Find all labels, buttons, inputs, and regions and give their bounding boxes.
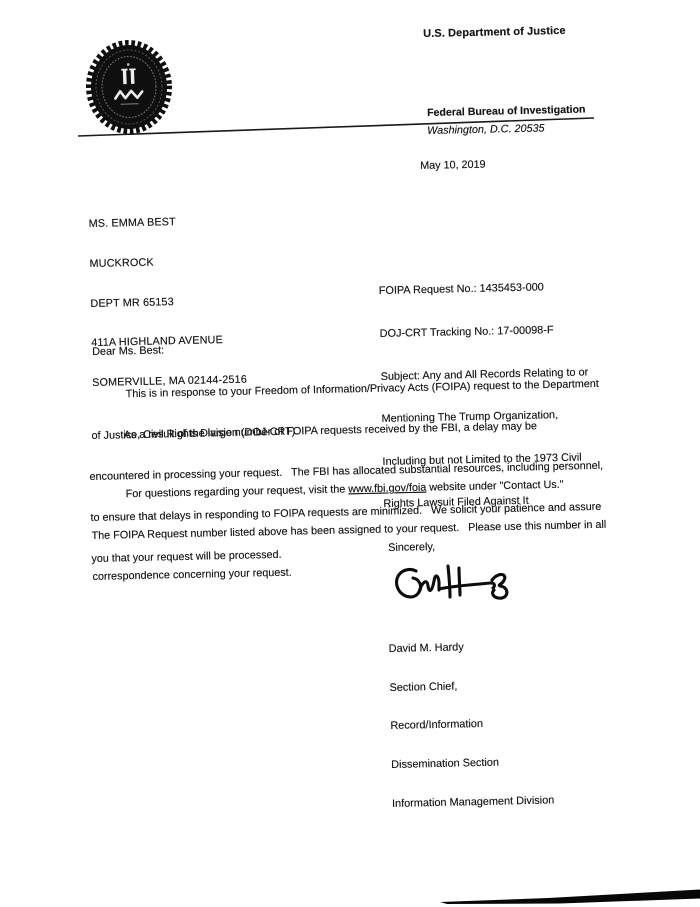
paragraph-line: As a result of the large number of FOIPA… [89,419,603,444]
fbi-foia-url: www.fbi.gov/foia [348,482,426,496]
paragraph-line: correspondence concerning your request. [92,559,607,584]
signer-title-line: Section Chief, [389,678,551,694]
paragraph-line: The FOIPA Request number listed above ha… [91,519,606,544]
fbi-seal-icon [84,38,174,136]
signer-title-line: Information Management Division [392,794,554,810]
recipient-line: DEPT MR 65153 [90,294,245,311]
scan-edge-artifact-icon [440,890,700,905]
signer-title-line: Dissemination Section [391,755,553,771]
bureau-name: Federal Bureau of Investigation [427,104,586,119]
handwritten-signature-icon [382,556,517,614]
closing-sincerely: Sincerely, [388,541,435,554]
paragraph-line: For questions regarding your request, vi… [91,478,606,503]
recipient-line: MS. EMMA BEST [89,215,244,232]
signer-title-line: Record/Information [390,717,552,733]
signature-block: David M. Hardy Section Chief, Record/Inf… [388,613,555,836]
doj-header: U.S. Department of Justice [423,25,566,40]
letter-page: U.S. Department of Justice Federal Burea… [0,0,700,907]
reference-line: FOIPA Request No.: 1435453-000 [379,280,587,299]
paragraph-text: website under "Contact Us." [426,479,564,494]
paragraph-3: For questions regarding your request, vi… [90,451,608,612]
paragraph-text: For questions regarding your request, vi… [126,484,349,501]
reference-line: DOJ-CRT Tracking No.: 17-00098-F [380,322,588,341]
signer-name: David M. Hardy [389,639,551,655]
bureau-city: Washington, D.C. 20535 [427,122,545,137]
letter-date: May 10, 2019 [420,159,486,172]
salutation: Dear Ms. Best: [92,344,164,358]
recipient-line: MUCKROCK [89,255,244,272]
